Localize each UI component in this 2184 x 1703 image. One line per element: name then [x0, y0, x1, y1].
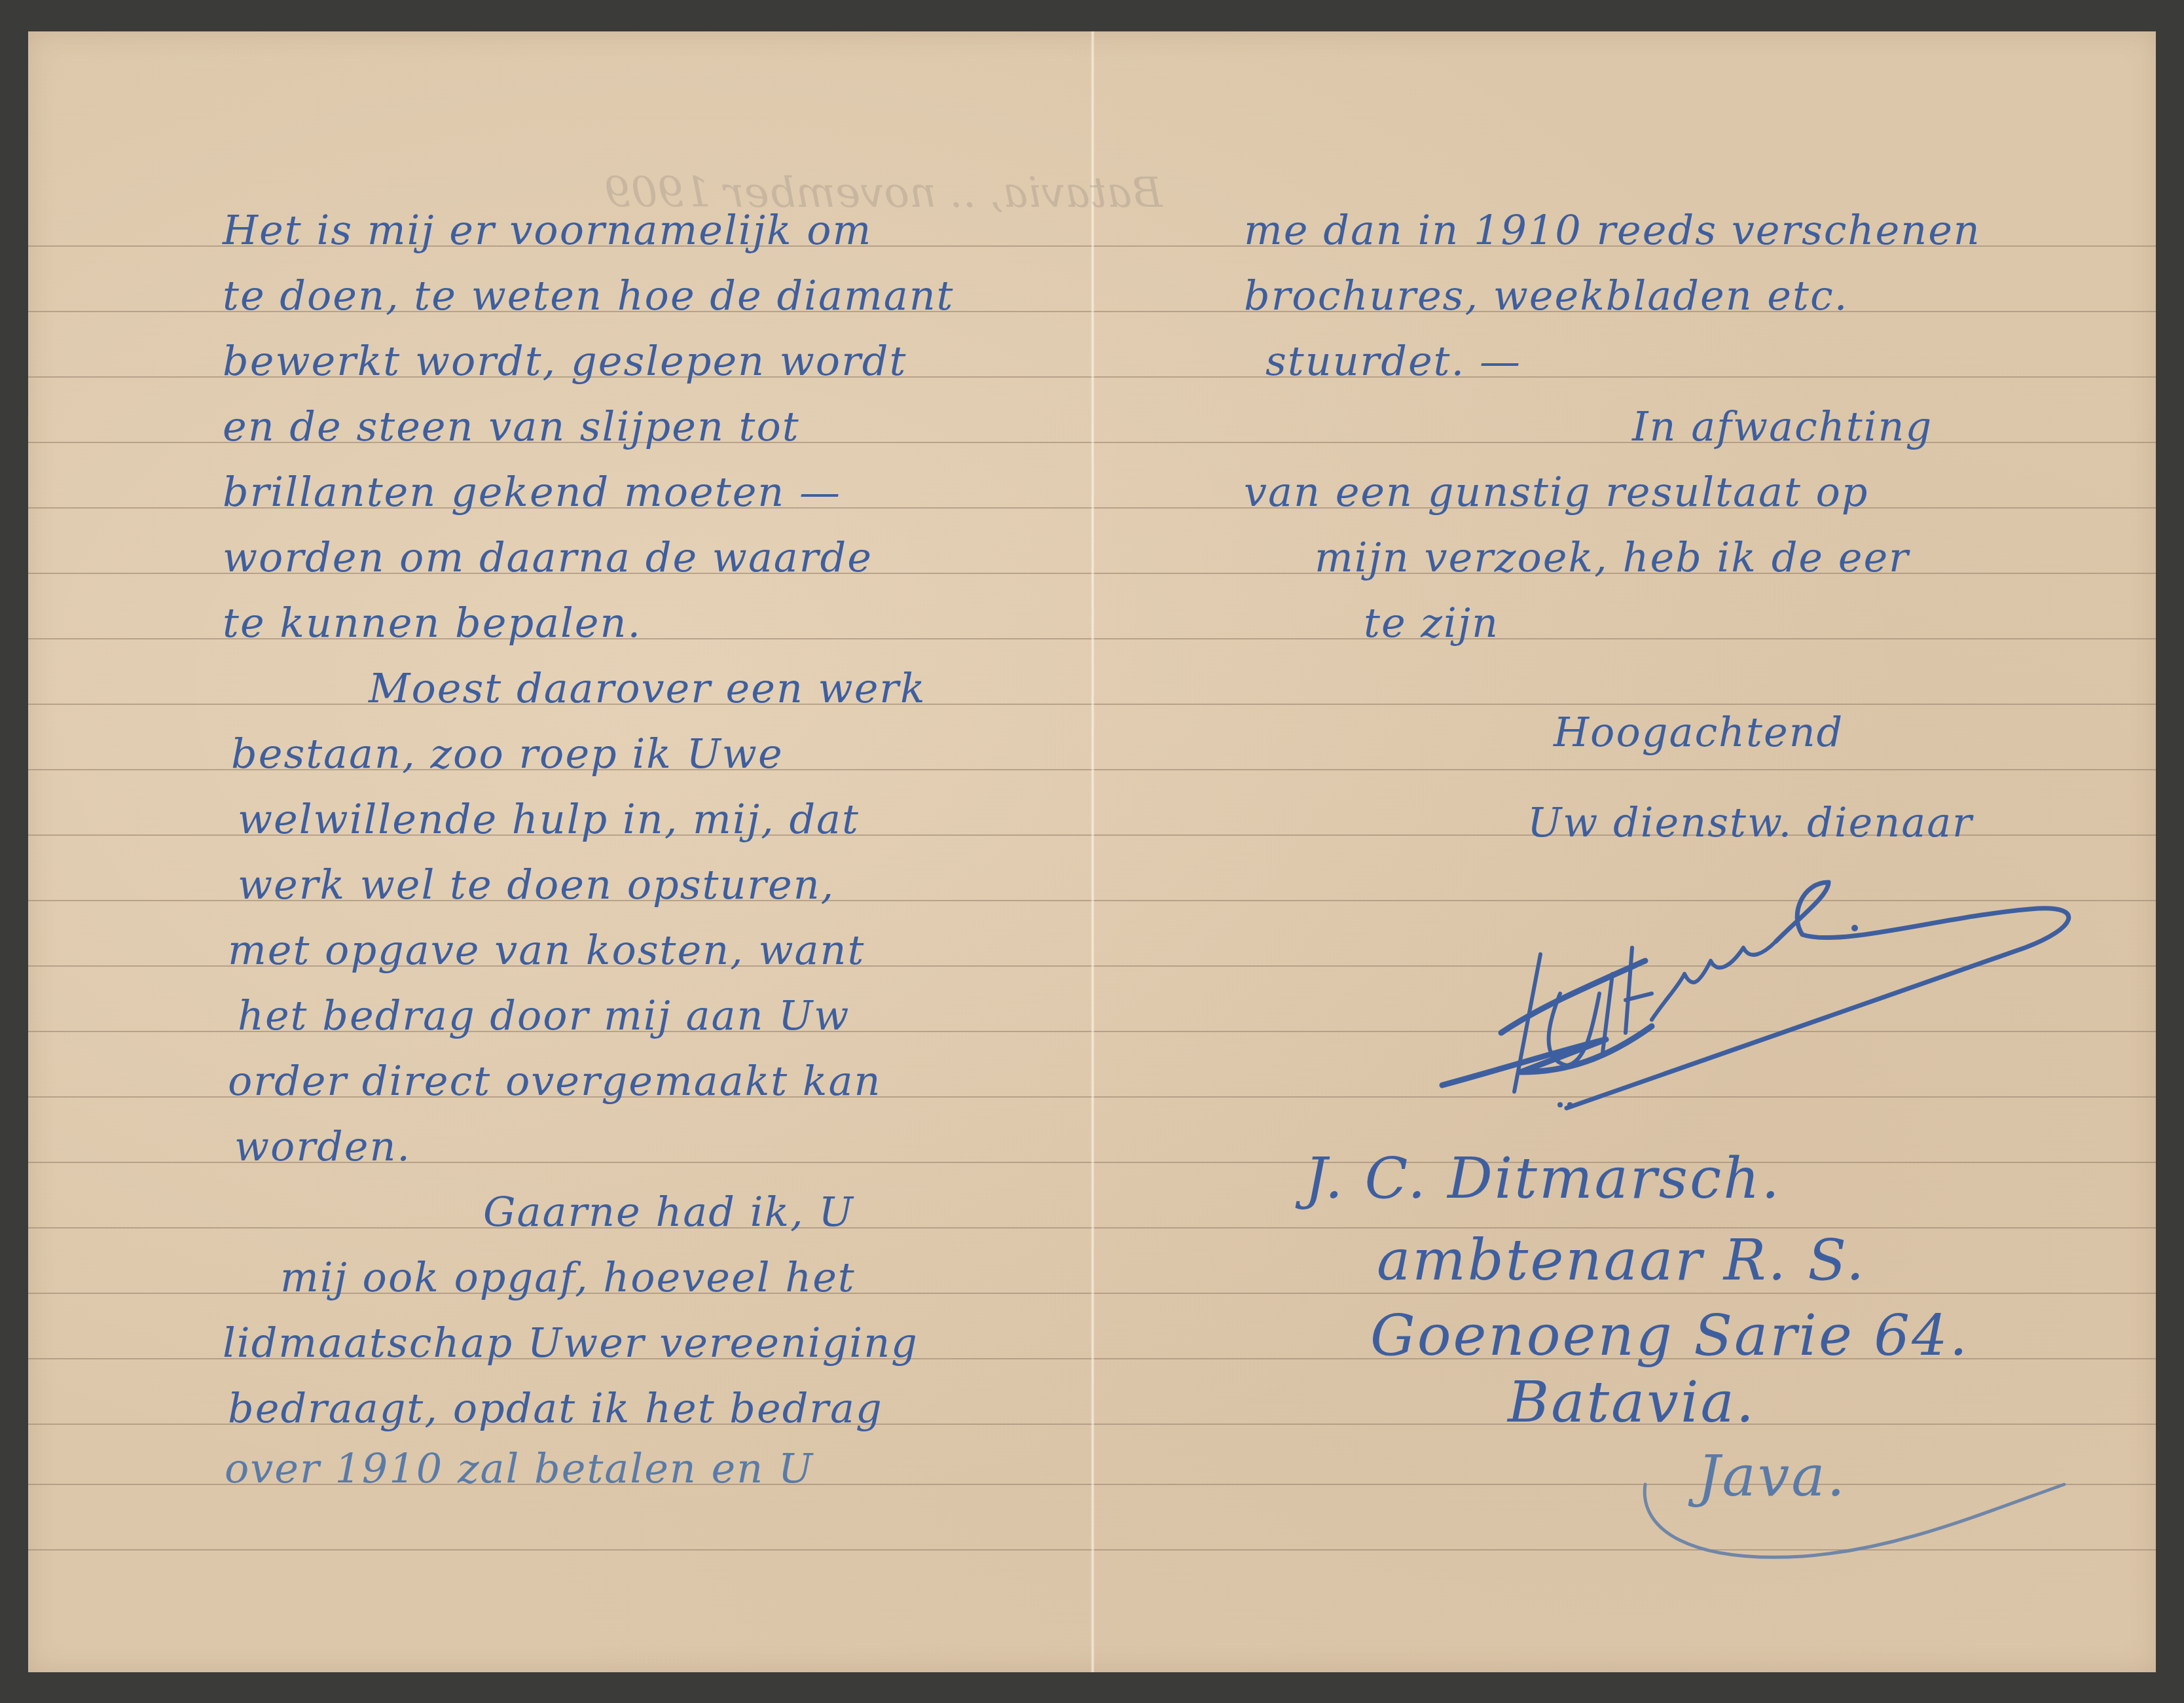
letter-line: met opgave van kosten, want — [228, 930, 865, 971]
sender-city: Batavia. — [1508, 1374, 1756, 1431]
letter-line: het bedrag door mij aan Uw — [238, 995, 850, 1036]
signature-icon — [1436, 876, 2156, 1111]
signature — [1436, 876, 2156, 1111]
underline-flourish-icon — [1632, 1471, 2090, 1576]
letter-line: stuurdet. — — [1265, 341, 1521, 382]
letter-line: te zijn — [1364, 603, 1499, 643]
letter-line: In afwachting — [1632, 406, 1933, 447]
letter-line: Gaarne had ik, U — [483, 1192, 854, 1232]
letter-line: werk wel te doen opsturen, — [238, 865, 835, 905]
sender-title: ambtenaar R. S. — [1377, 1232, 1866, 1289]
letter-line: worden. — [234, 1126, 411, 1167]
letter-line: bewerkt wordt, geslepen wordt — [223, 341, 907, 382]
letter-line: brillanten gekend moeten — — [223, 472, 841, 512]
closing-servant: Uw dienstw. dienaar — [1527, 802, 1973, 843]
letter-line: mijn verzoek, heb ik de eer — [1315, 537, 1910, 578]
letter-line: order direct overgemaakt kan — [228, 1061, 881, 1102]
letter-line: van een gunstig resultaat op — [1244, 472, 1869, 512]
letter-line: te kunnen bepalen. — [223, 603, 642, 643]
letter-line: en de steen van slijpen tot — [223, 406, 800, 447]
letter-line: bedraagt, opdat ik het bedrag — [228, 1388, 883, 1429]
letter-line: worden om daarna de waarde — [223, 537, 873, 578]
letter-line: lidmaatschap Uwer vereeniging — [223, 1323, 919, 1363]
letter-line: welwillende hulp in, mij, dat — [238, 799, 860, 840]
sender-street: Goenoeng Sarie 64. — [1370, 1308, 1969, 1364]
letter-line: bestaan, zoo roep ik Uwe — [231, 734, 784, 774]
letter-line: Het is mij er voornamelijk om — [223, 210, 872, 251]
letter-line: te doen, te weten hoe de diamant — [223, 276, 955, 316]
letter-line: Moest daarover een werk — [369, 668, 926, 709]
closing-salutation: Hoogachtend — [1554, 712, 1844, 753]
center-fold — [1091, 31, 1095, 1672]
letter-line: mij ook opgaf, hoeveel het — [280, 1257, 856, 1298]
sender-name: J. C. Ditmarsch. — [1305, 1151, 1781, 1207]
letter-line: me dan in 1910 reeds verschenen — [1244, 210, 1981, 251]
letter-line: over 1910 zal betalen en U — [225, 1448, 814, 1489]
letter-line: brochures, weekbladen etc. — [1244, 276, 1848, 316]
letter-paper: Batavia, .. november 1909 Het is mij er … — [28, 31, 2156, 1672]
